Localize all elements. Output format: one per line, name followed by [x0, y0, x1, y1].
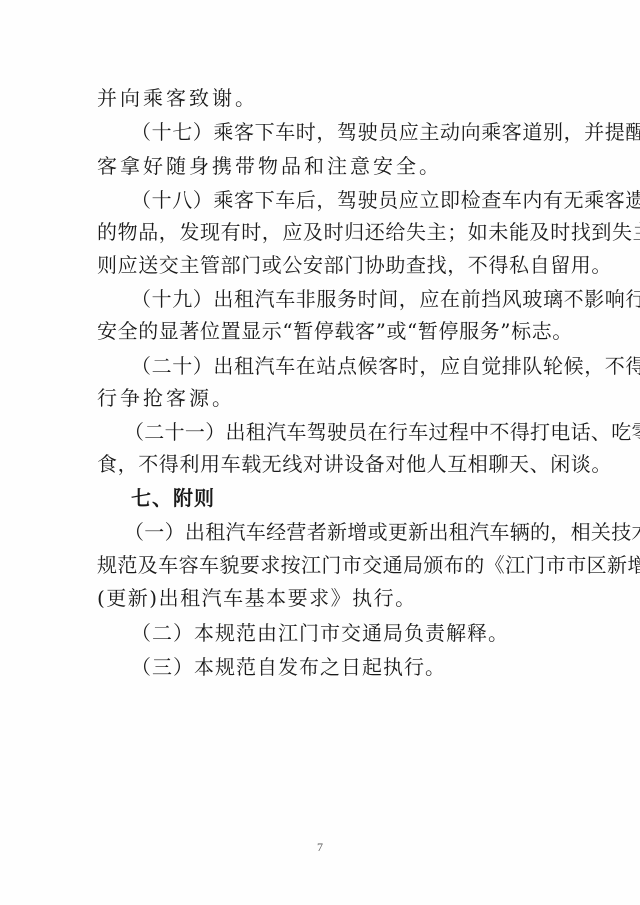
paragraph-line: （二）本规范由江门市交通局负责解释。: [131, 621, 545, 645]
paragraph-line: （二十）出租汽车在站点候客时，应自觉排队轮候，不得强: [131, 354, 545, 378]
paragraph-line: （十八）乘客下车后，驾驶员应立即检查车内有无乘客遗失: [131, 188, 545, 212]
paragraph-line: 食，不得利用车载无线对讲设备对他人互相聊天、闲谈。: [97, 452, 545, 476]
paragraph-line: (更新)出租汽车基本要求》执行。: [97, 586, 545, 610]
paragraph-line: （一）出租汽车经营者新增或更新出租汽车辆的，相关技术: [124, 520, 545, 544]
paragraph-line: 则应送交主管部门或公安部门协助查找，不得私自留用。: [97, 253, 545, 277]
document-page: 并向乘客致谢。 （十七）乘客下车时，驾驶员应主动向乘客道别，并提醒乘 客拿好随身…: [0, 0, 640, 905]
paragraph-line: 的物品，发现有时，应及时归还给失主；如未能及时找到失主，: [97, 220, 545, 244]
section-heading: 七、附则: [131, 486, 579, 510]
paragraph-line: （十七）乘客下车时，驾驶员应主动向乘客道别，并提醒乘: [131, 120, 545, 144]
page-number: 7: [0, 840, 640, 855]
paragraph-line: （二十一）出租汽车驾驶员在行车过程中不得打电话、吃零: [124, 420, 545, 444]
paragraph-line: （三）本规范自发布之日起执行。: [131, 655, 545, 679]
paragraph-line: 规范及车容车貌要求按江门市交通局颁布的《江门市市区新增: [97, 553, 545, 577]
paragraph-line: （十九）出租汽车非服务时间，应在前挡风玻璃不影响行车: [131, 287, 545, 311]
paragraph-line: 客拿好随身携带物品和注意安全。: [97, 154, 545, 178]
paragraph-line: 行争抢客源。: [97, 386, 545, 410]
paragraph-line: 安全的显著位置显示“暂停载客”或“暂停服务”标志。: [97, 319, 545, 343]
paragraph-line: 并向乘客致谢。: [97, 86, 545, 110]
